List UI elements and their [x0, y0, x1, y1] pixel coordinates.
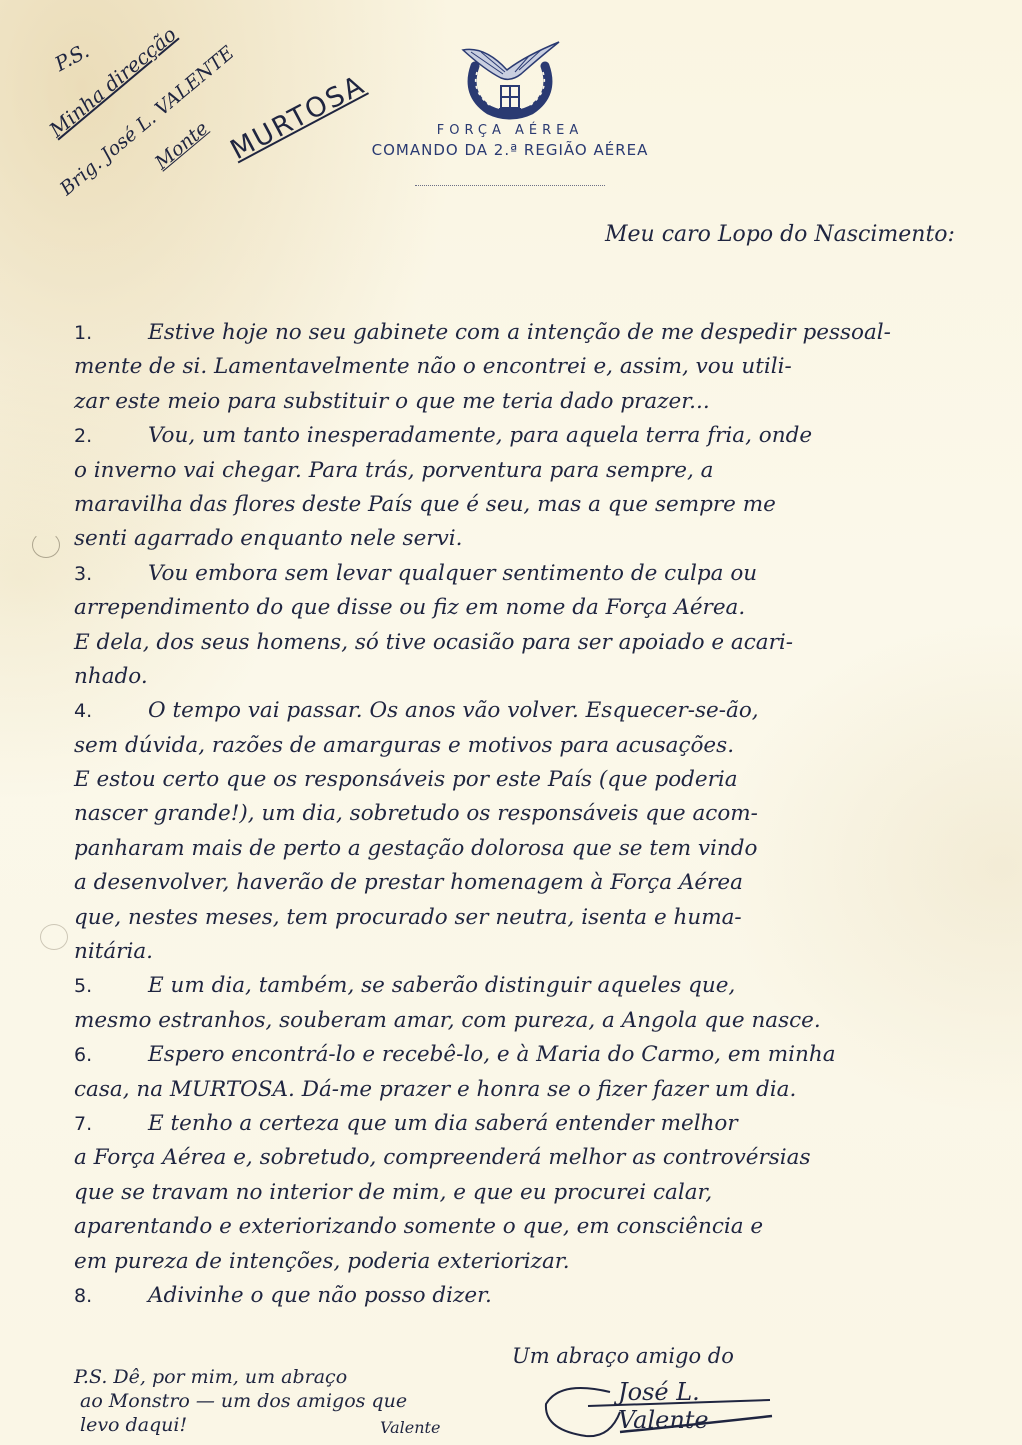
letter-line: nascer grande!), um dia, sobretudo os re… — [74, 797, 1014, 831]
letter-line-text: Espero encontrá-lo e recebê-lo, e à Mari… — [148, 1042, 836, 1067]
letter-line: a desenvolver, haverão de prestar homena… — [74, 866, 1014, 900]
letter-line-text: que se travam no interior de mim, e que … — [74, 1180, 712, 1205]
letter-line: mesmo estranhos, souberam amar, com pure… — [74, 1004, 1014, 1038]
letter-line-text: o inverno vai chegar. Para trás, porvent… — [74, 458, 713, 483]
signature-name: José L. Valente — [618, 1378, 780, 1434]
letter-line-text: O tempo vai passar. Os anos vão volver. … — [148, 698, 759, 723]
letter-line: 5.E um dia, também, se saberão distingui… — [74, 969, 1014, 1003]
letter-line-text: que, nestes meses, tem procurado ser neu… — [74, 905, 742, 930]
paragraph-number: 5. — [74, 969, 148, 1003]
letterhead-line1: FORÇA AÉREA — [300, 123, 720, 138]
letter-line: nitária. — [74, 935, 1014, 969]
paragraph-number: 6. — [74, 1038, 148, 1072]
letter-line: E estou certo que os responsáveis por es… — [74, 763, 1014, 797]
letter-line-text: Estive hoje no seu gabinete com a intenç… — [148, 320, 891, 345]
letter-line: zar este meio para substituir o que me t… — [74, 385, 1014, 419]
letter-line: 6.Espero encontrá-lo e recebê-lo, e à Ma… — [74, 1038, 1014, 1072]
letter-line: panharam mais de perto a gestação doloro… — [74, 832, 1014, 866]
letter-line-text: senti agarrado enquanto nele servi. — [74, 526, 462, 551]
letter-line: casa, na MURTOSA. Dá-me prazer e honra s… — [74, 1073, 1014, 1107]
letter-line: 7.E tenho a certeza que um dia saberá en… — [74, 1107, 1014, 1141]
letter-line-text: mente de si. Lamentavelmente não o encon… — [74, 354, 792, 379]
paragraph-number: 2. — [74, 419, 148, 453]
letter-line-text: Adivinhe o que não posso dizer. — [148, 1283, 492, 1308]
postscript: P.S. Dê, por mim, um abraçoao Monstro — … — [74, 1365, 534, 1437]
letter-line-text: nascer grande!), um dia, sobretudo os re… — [74, 801, 758, 826]
letter-line: 1.Estive hoje no seu gabinete com a inte… — [74, 316, 1014, 350]
letter-body: 1.Estive hoje no seu gabinete com a inte… — [74, 316, 1014, 1313]
paragraph-number: 4. — [74, 694, 148, 728]
letter-line-text: a desenvolver, haverão de prestar homena… — [74, 870, 743, 895]
letter-line: o inverno vai chegar. Para trás, porvent… — [74, 454, 1014, 488]
letter-line-text: casa, na MURTOSA. Dá-me prazer e honra s… — [74, 1077, 796, 1102]
letter-line: 3.Vou embora sem levar qualquer sentimen… — [74, 557, 1014, 591]
letter-line-text: E dela, dos seus homens, só tive ocasião… — [74, 630, 793, 655]
salutation: Meu caro Lopo do Nascimento: — [605, 222, 955, 247]
punch-hole-mark — [40, 924, 68, 950]
letter-line-text: nitária. — [74, 939, 153, 964]
letter-line: sem dúvida, razões de amarguras e motivo… — [74, 729, 1014, 763]
letter-line-text: mesmo estranhos, souberam amar, com pure… — [74, 1008, 821, 1033]
letter-line-text: zar este meio para substituir o que me t… — [74, 389, 710, 414]
letter-line-text: a Força Aérea e, sobretudo, compreenderá… — [74, 1145, 811, 1170]
signature: José L. Valente — [540, 1372, 780, 1442]
letter-line: E dela, dos seus homens, só tive ocasião… — [74, 626, 1014, 660]
paragraph-number: 8. — [74, 1279, 148, 1313]
letter-line-text: E estou certo que os responsáveis por es… — [74, 767, 738, 792]
letter-line: 2.Vou, um tanto inesperadamente, para aq… — [74, 419, 1014, 453]
punch-hole-mark — [32, 532, 60, 558]
paragraph-number: 3. — [74, 557, 148, 591]
letter-line: em pureza de intenções, poderia exterior… — [74, 1245, 1014, 1279]
letter-line-text: panharam mais de perto a gestação doloro… — [74, 836, 758, 861]
letterhead-dotted-rule — [415, 185, 605, 186]
closing: Um abraço amigo do — [512, 1344, 734, 1368]
letter-line: que se travam no interior de mim, e que … — [74, 1176, 1014, 1210]
letter-line: maravilha das flores deste País que é se… — [74, 488, 1014, 522]
letterhead: FORÇA AÉREA COMANDO DA 2.ª REGIÃO AÉREA — [300, 36, 720, 186]
postscript-line: P.S. Dê, por mim, um abraço — [74, 1365, 534, 1389]
letter-line: 8.Adivinhe o que não posso dizer. — [74, 1279, 1014, 1313]
letter-line-text: E tenho a certeza que um dia saberá ente… — [148, 1111, 738, 1136]
air-force-emblem-icon — [455, 36, 565, 120]
letterhead-line2: COMANDO DA 2.ª REGIÃO AÉREA — [300, 141, 720, 159]
paragraph-number: 7. — [74, 1107, 148, 1141]
postscript-line: ao Monstro — um dos amigos que — [74, 1389, 534, 1413]
margin-note-place: Monte — [151, 117, 213, 174]
letter-line-text: em pureza de intenções, poderia exterior… — [74, 1249, 570, 1274]
letter-line-text: maravilha das flores deste País que é se… — [74, 492, 776, 517]
letter-line-text: arrependimento do que disse ou fiz em no… — [74, 595, 745, 620]
letter-line-text: sem dúvida, razões de amarguras e motivo… — [74, 733, 734, 758]
letter-line: 4.O tempo vai passar. Os anos vão volver… — [74, 694, 1014, 728]
letter-line-text: Vou embora sem levar qualquer sentimento… — [148, 561, 757, 586]
letter-line: senti agarrado enquanto nele servi. — [74, 522, 1014, 556]
letter-line-text: aparentando e exteriorizando somente o q… — [74, 1214, 763, 1239]
letter-line-text: Vou, um tanto inesperadamente, para aque… — [148, 423, 812, 448]
margin-note-ps: P.S. — [51, 38, 93, 76]
letter-line: que, nestes meses, tem procurado ser neu… — [74, 901, 1014, 935]
paragraph-number: 1. — [74, 316, 148, 350]
letter-line-text: nhado. — [74, 664, 148, 689]
letter-line: arrependimento do que disse ou fiz em no… — [74, 591, 1014, 625]
letter-line: mente de si. Lamentavelmente não o encon… — [74, 350, 1014, 384]
letter-line-text: E um dia, também, se saberão distinguir … — [148, 973, 735, 998]
letter-line: nhado. — [74, 660, 1014, 694]
letter-line: aparentando e exteriorizando somente o q… — [74, 1210, 1014, 1244]
letter-line: a Força Aérea e, sobretudo, compreenderá… — [74, 1141, 1014, 1175]
postscript-line: levo daqui! — [74, 1413, 534, 1437]
postscript-initial: Valente — [380, 1418, 440, 1437]
letter-paper: P.S. Minha direcção Brig. José L. VALENT… — [0, 0, 1022, 1445]
